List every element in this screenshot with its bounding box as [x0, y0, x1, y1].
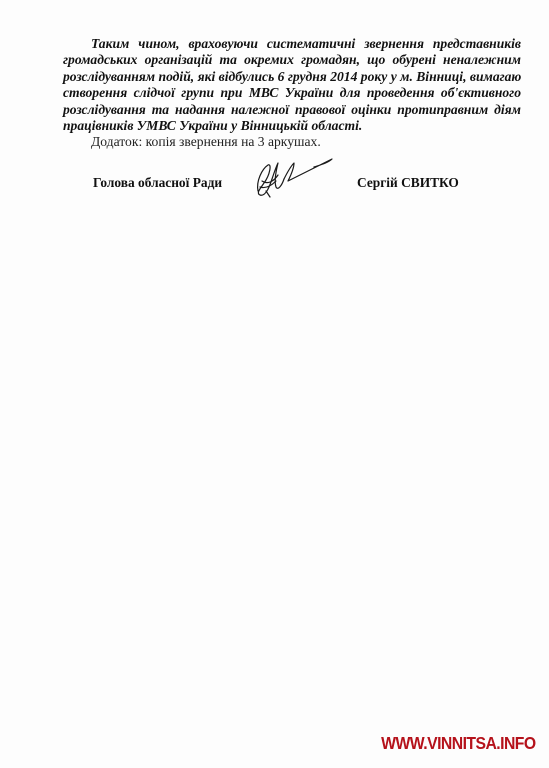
signature-block: Голова обласної Ради Сергій СВИТКО — [0, 173, 549, 203]
paragraph-line: працівників УМВС України у Вінницькій об… — [63, 118, 521, 134]
paragraph-line: розслідуванням подій, які відбулись 6 гр… — [63, 69, 521, 85]
paragraph-line: розслідування та надання належної правов… — [63, 102, 521, 118]
appendix-note: Додаток: копія звернення на 3 аркушах. — [91, 134, 321, 150]
site-watermark: WWW.VINNITSA.INFO — [382, 733, 536, 754]
signatory-name: Сергій СВИТКО — [357, 175, 459, 191]
paragraph-line: громадських організацій та окремих грома… — [63, 52, 521, 68]
paragraph-line: створення слідчої групи при МВС України … — [63, 85, 521, 101]
handwritten-signature-icon — [248, 151, 338, 201]
document-page: Таким чином, враховуючи систематичні зве… — [0, 0, 549, 768]
paragraph-line: Таким чином, враховуючи систематичні зве… — [63, 36, 521, 52]
main-paragraph: Таким чином, враховуючи систематичні зве… — [63, 36, 521, 134]
signatory-title: Голова обласної Ради — [93, 175, 222, 191]
